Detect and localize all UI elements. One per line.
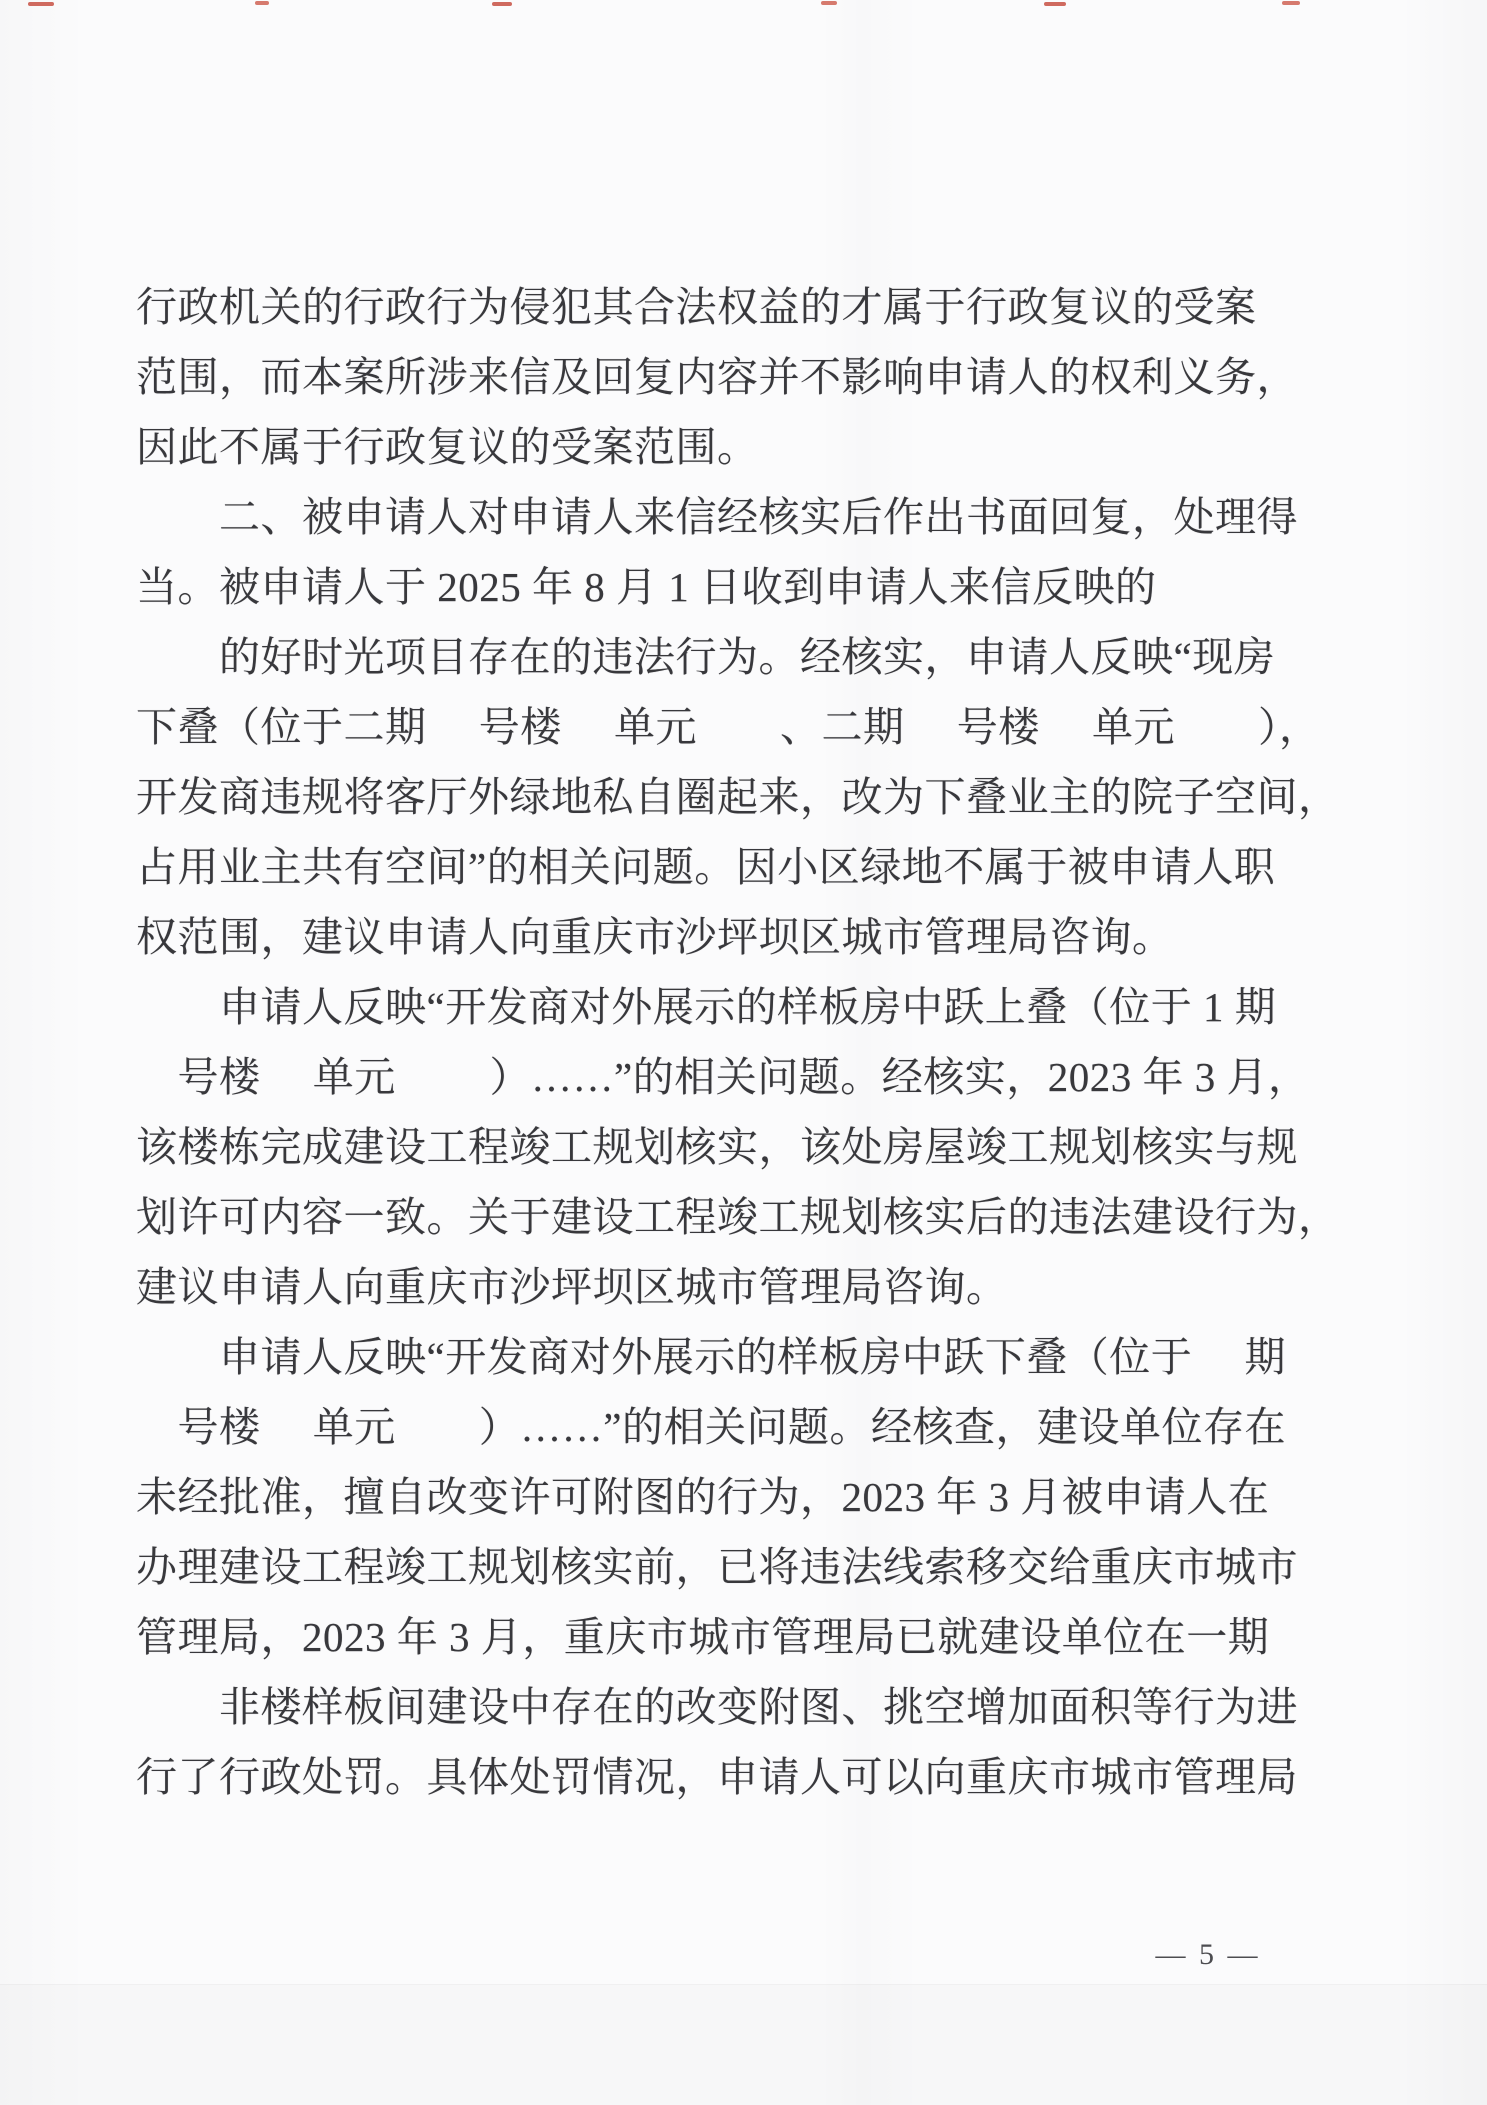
text-line: 当。被申请人于 2025 年 8 月 1 日收到申请人来信反映的: [136, 552, 1258, 622]
text-line: 申请人反映“开发商对外展示的样板房中跃下叠（位于 期: [136, 1322, 1258, 1392]
scan-artifact-dot: [821, 1, 837, 5]
text-line: 二、被申请人对申请人来信经核实后作出书面回复，处理得: [136, 482, 1258, 552]
text-line: 该楼栋完成建设工程竣工规划核实，该处房屋竣工规划核实与规: [136, 1112, 1258, 1182]
text-line: 未经批准，擅自改变许可附图的行为，2023 年 3 月被申请人在: [136, 1462, 1258, 1532]
text-line: 办理建设工程竣工规划核实前，已将违法线索移交给重庆市城市: [136, 1532, 1258, 1602]
scanned-document-page: 行政机关的行政行为侵犯其合法权益的才属于行政复议的受案范围，而本案所涉来信及回复…: [0, 0, 1487, 2105]
text-line: 权范围，建议申请人向重庆市沙坪坝区城市管理局咨询。: [136, 902, 1258, 972]
text-line: 下叠（位于二期 号楼 单元 、二期 号楼 单元 ），: [136, 692, 1258, 762]
scan-artifact-dot: [1282, 1, 1300, 5]
text-line: 范围，而本案所涉来信及回复内容并不影响申请人的权利义务，: [136, 342, 1258, 412]
text-line: 因此不属于行政复议的受案范围。: [136, 412, 1258, 482]
text-line: 非楼样板间建设中存在的改变附图、挑空增加面积等行为进: [136, 1672, 1258, 1742]
text-line: 行了行政处罚。具体处罚情况，申请人可以向重庆市城市管理局: [136, 1742, 1258, 1812]
page-number: — 5 —: [1118, 1938, 1298, 1972]
scan-bottom-shade: [0, 1984, 1487, 2105]
scan-artifact-dot: [492, 2, 512, 6]
text-line: 申请人反映“开发商对外展示的样板房中跃上叠（位于 1 期: [136, 972, 1258, 1042]
text-line: 划许可内容一致。关于建设工程竣工规划核实后的违法建设行为，: [136, 1182, 1258, 1252]
scan-artifact-dot: [1044, 2, 1066, 6]
document-body-text: 行政机关的行政行为侵犯其合法权益的才属于行政复议的受案范围，而本案所涉来信及回复…: [136, 272, 1258, 1812]
text-line: 管理局，2023 年 3 月，重庆市城市管理局已就建设单位在一期: [136, 1602, 1258, 1672]
text-line: 占用业主共有空间”的相关问题。因小区绿地不属于被申请人职: [136, 832, 1258, 902]
text-line: 行政机关的行政行为侵犯其合法权益的才属于行政复议的受案: [136, 272, 1258, 342]
scan-artifact-dot: [255, 1, 269, 5]
text-line: 开发商违规将客厅外绿地私自圈起来，改为下叠业主的院子空间，: [136, 762, 1258, 832]
text-line: 号楼 单元 ）……”的相关问题。经核实，2023 年 3 月，: [136, 1042, 1258, 1112]
text-line: 建议申请人向重庆市沙坪坝区城市管理局咨询。: [136, 1252, 1258, 1322]
scan-artifact-dot: [28, 2, 54, 6]
text-line: 的好时光项目存在的违法行为。经核实，申请人反映“现房: [136, 622, 1258, 692]
text-line: 号楼 单元 ）……”的相关问题。经核查，建设单位存在: [136, 1392, 1258, 1462]
